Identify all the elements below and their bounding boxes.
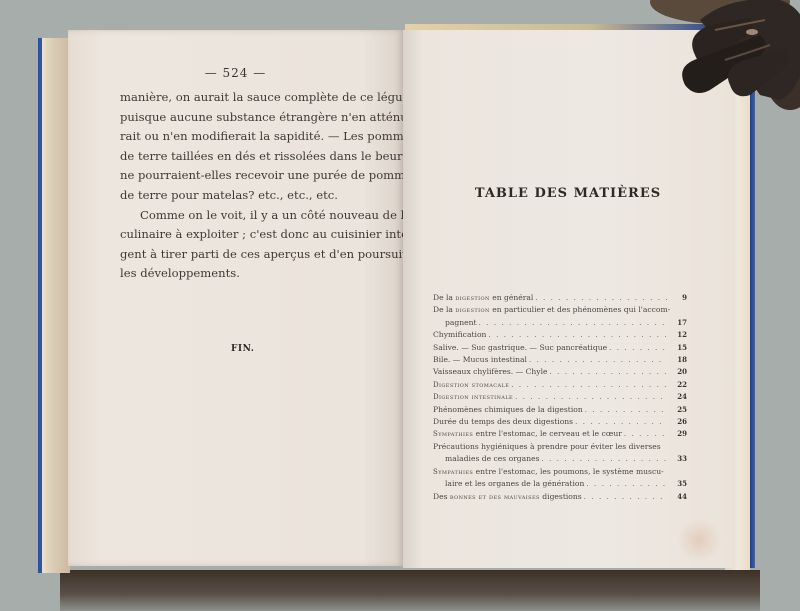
left-page: — 524 — manière, on aurait la sauce comp… (68, 30, 403, 566)
toc-entry-title: Sympathies entre l'estomac, le cerveau e… (433, 428, 622, 440)
toc-page-number: 18 (669, 354, 687, 366)
toc-entry-title: De la digestion en particulier et des ph… (433, 305, 670, 314)
text-line: de terre pour matelas? etc., etc., etc. (120, 186, 406, 206)
toc-entry-title: Durée du temps des deux digestions (433, 416, 573, 428)
toc-entry: Précautions hygiéniques à prendre pour é… (433, 441, 687, 466)
toc-entry: Chymification . . . . . . . . . . . . . … (433, 329, 687, 341)
toc-entry-title: Chymification (433, 329, 486, 341)
text-line: ne pourraient-elles recevoir une purée d… (120, 166, 406, 186)
toc-entry-title: Salive. — Suc gastrique. — Suc pancréati… (433, 342, 607, 354)
text-line: Comme on le voit, il y a un côté nouveau… (120, 206, 406, 226)
text-line: rait ou n'en modifierait la sapidité. — … (120, 127, 406, 147)
dot-leader: . . . . . . . . . . . . . . . . . . . . … (529, 354, 667, 366)
toc-entry: Phénomènes chimiques de la digestion . .… (433, 404, 687, 416)
text-line: de terre taillées en dés et rissolées da… (120, 147, 406, 167)
toc-entry: Salive. — Suc gastrique. — Suc pancréati… (433, 342, 687, 354)
toc-page-number: 26 (669, 416, 687, 428)
toc-page-number: 24 (669, 391, 687, 403)
toc-entry: Sympathies entre l'estomac, le cerveau e… (433, 428, 687, 440)
toc-entry: Sympathies entre l'estomac, les poumons,… (433, 466, 687, 491)
toc-entry: Digestion intestinale . . . . . . . . . … (433, 391, 687, 403)
toc-page-number: 20 (669, 366, 687, 378)
paragraph-2: Comme on le voit, il y a un côté nouveau… (120, 206, 406, 284)
text-line: puisque aucune substance étrangère n'en … (120, 108, 406, 128)
toc-page-number: 44 (669, 491, 687, 503)
toc-entry-title: Digestion stomacale (433, 379, 509, 391)
toc-entry-title: Bile. — Mucus intestinal (433, 354, 527, 366)
toc-page-number: 25 (669, 404, 687, 416)
toc-page-number: 12 (669, 329, 687, 341)
dot-leader: . . . . . . . . . . . . . . . . . . . . … (584, 491, 667, 503)
toc-page-number: 22 (669, 379, 687, 391)
end-mark: FIN. (231, 344, 254, 354)
table-of-contents: De la digestion en général . . . . . . .… (433, 292, 687, 503)
dot-leader: . . . . . . . . . . . . . . . . . . . . … (511, 379, 667, 391)
toc-entry: Bile. — Mucus intestinal . . . . . . . .… (433, 354, 687, 366)
toc-page-number: 33 (669, 453, 687, 465)
dot-leader: . . . . . . . . . . . . . . . . . . . . … (535, 292, 667, 304)
dot-leader: . . . . . . . . . . . . . . . . . . . . … (550, 366, 667, 378)
toc-page-number: 15 (669, 342, 687, 354)
dot-leader: . . . . . . . . . . . . . . . . . . . . … (609, 342, 667, 354)
toc-page-number: 9 (669, 292, 687, 304)
page-edges-left (42, 38, 70, 573)
toc-entry-continuation: maladies de ces organes (445, 453, 539, 465)
toc-entry: Vaisseaux chylifères. — Chyle . . . . . … (433, 366, 687, 378)
text-line: gent à tirer parti de ces aperçus et d'e… (120, 245, 406, 265)
toc-title: TABLE DES MATIÈRES (403, 186, 733, 201)
toc-entry-title: Précautions hygiéniques à prendre pour é… (433, 442, 661, 451)
dot-leader: . . . . . . . . . . . . . . . . . . . . … (479, 317, 667, 329)
text-line: manière, on aurait la sauce complète de … (120, 88, 406, 108)
toc-entry: Des bonnes et des mauvaises digestions .… (433, 491, 687, 503)
toc-entry-title: De la digestion en général (433, 292, 533, 304)
toc-entry-continuation: laire et les organes de la génération (445, 478, 584, 490)
table-shadow (60, 570, 760, 611)
paragraph-1: manière, on aurait la sauce complète de … (120, 88, 406, 206)
page-number: — 524 — (68, 66, 403, 80)
toc-entry-title: Digestion intestinale (433, 391, 513, 403)
bronze-hand-bookweight (640, 0, 800, 115)
toc-entry: Durée du temps des deux digestions . . .… (433, 416, 687, 428)
toc-entry: Digestion stomacale . . . . . . . . . . … (433, 379, 687, 391)
toc-page-number: 17 (669, 317, 687, 329)
toc-entry-title: Phénomènes chimiques de la digestion (433, 404, 583, 416)
text-line: culinaire à exploiter ; c'est donc au cu… (120, 225, 406, 245)
toc-entry-title: Des bonnes et des mauvaises digestions (433, 491, 582, 503)
dot-leader: . . . . . . . . . . . . . . . . . . . . … (585, 404, 667, 416)
dot-leader: . . . . . . . . . . . . . . . . . . . . … (624, 428, 667, 440)
dot-leader: . . . . . . . . . . . . . . . . . . . . … (515, 391, 667, 403)
toc-entry: De la digestion en général . . . . . . .… (433, 292, 687, 304)
foxing-stain (675, 520, 723, 560)
toc-entry-continuation: pagnent (445, 317, 477, 329)
toc-entry: De la digestion en particulier et des ph… (433, 304, 687, 329)
body-text: manière, on aurait la sauce complète de … (120, 88, 406, 284)
toc-entry-title: Vaisseaux chylifères. — Chyle (433, 366, 548, 378)
toc-entry-title: Sympathies entre l'estomac, les poumons,… (433, 467, 664, 476)
dot-leader: . . . . . . . . . . . . . . . . . . . . … (488, 329, 667, 341)
toc-page-number: 29 (669, 428, 687, 440)
dot-leader: . . . . . . . . . . . . . . . . . . . . … (541, 453, 667, 465)
dot-leader: . . . . . . . . . . . . . . . . . . . . … (586, 478, 667, 490)
text-line: les développements. (120, 264, 406, 284)
dot-leader: . . . . . . . . . . . . . . . . . . . . … (575, 416, 667, 428)
toc-page-number: 35 (669, 478, 687, 490)
